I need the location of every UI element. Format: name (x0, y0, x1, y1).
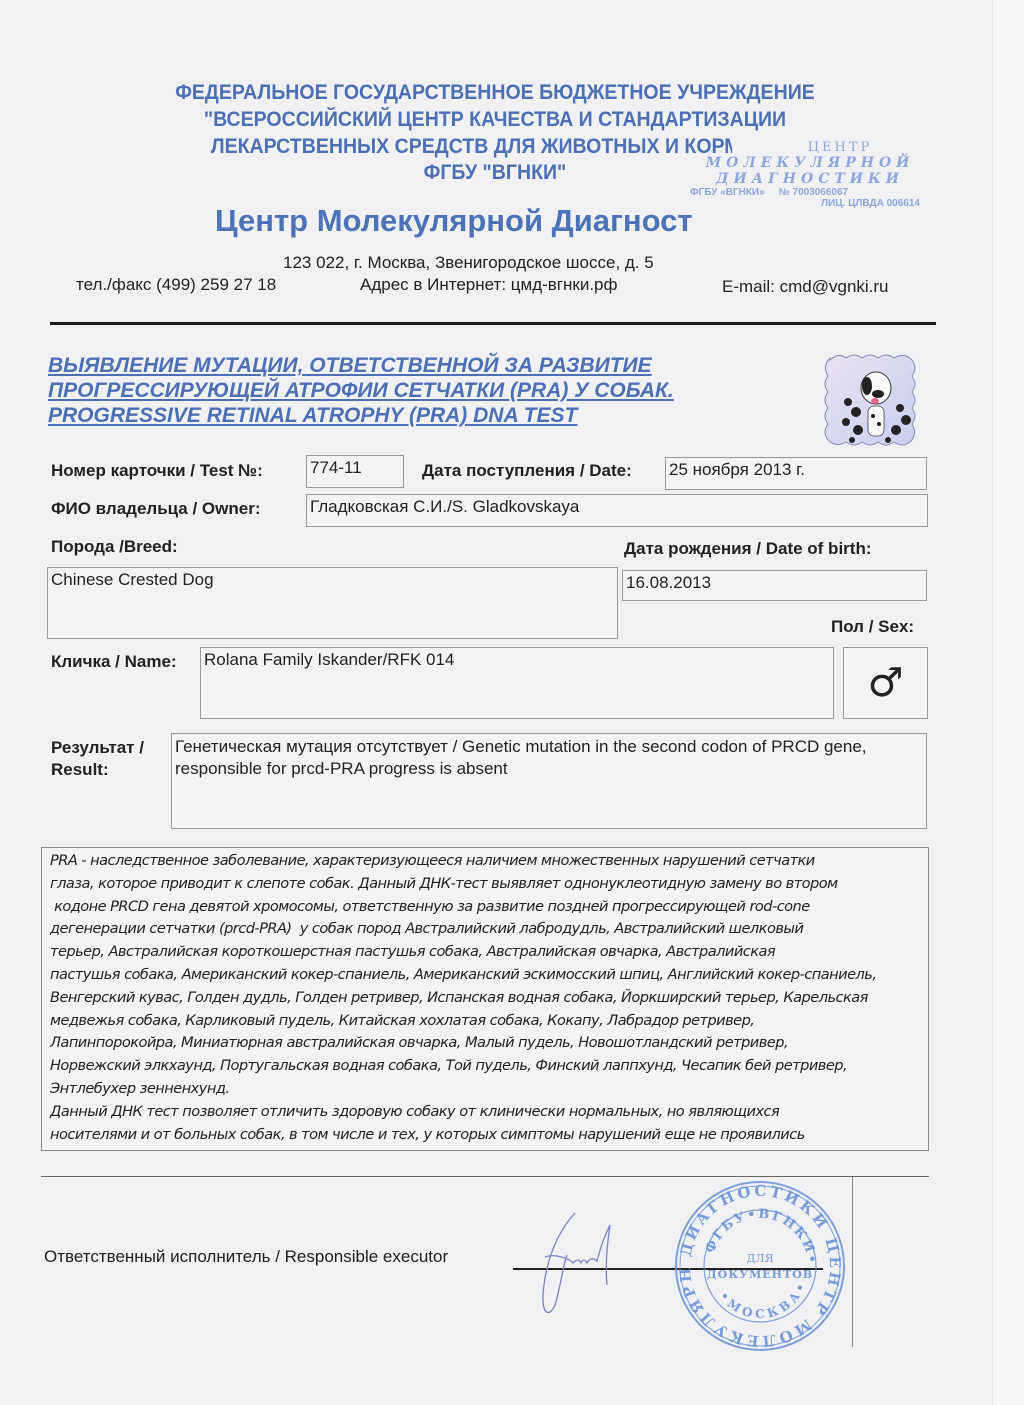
svg-text:ДЛЯ: ДЛЯ (746, 1252, 773, 1265)
test-number-label: Номер карточки / Test №: (51, 461, 263, 481)
male-sex-icon: ♂ (843, 647, 928, 719)
owner-label: ФИО владельца / Owner: (51, 499, 261, 519)
footer-vertical-rule (852, 1177, 853, 1347)
disease-info: PRA - наследственное заболевание, характ… (41, 847, 929, 1151)
footer-divider (41, 1176, 929, 1177)
name-field: Rolana Family Iskander/RFK 014 (200, 647, 834, 719)
owner-field: Гладковская С.И./S. Gladkovskaya (306, 494, 928, 527)
email: E-mail: cmd@vgnki.ru (722, 277, 889, 297)
org-header-line-1: ФЕДЕРАЛЬНОЕ ГОСУДАРСТВЕННОЕ БЮДЖЕТНОЕ УЧ… (90, 79, 899, 106)
result-label-ru: Результат / (51, 738, 144, 758)
date-received-field: 25 ноября 2013 г. (665, 457, 927, 490)
executor-label: Ответственный исполнитель / Responsible … (44, 1247, 448, 1267)
svg-text:ДОКУМЕНТОВ: ДОКУМЕНТОВ (707, 1268, 813, 1281)
address: 123 022, г. Москва, Звенигородское шоссе… (283, 253, 654, 273)
test-number-field: 774-11 (306, 455, 404, 488)
signature-icon (515, 1205, 635, 1325)
website: Адрес в Интернет: цмд-вгнки.рф (360, 275, 618, 295)
result-label-en: Result: (51, 760, 109, 780)
breed-label: Порода /Breed: (51, 537, 178, 557)
dalmatian-dog-icon (818, 350, 928, 455)
paper-edge (992, 0, 1024, 1405)
center-title: Центр Молекулярной Диагностики (215, 203, 692, 239)
org-header-line-2: "ВСЕРОССИЙСКИЙ ЦЕНТР КАЧЕСТВА И СТАНДАРТ… (90, 106, 899, 133)
date-received-label: Дата поступления / Date: (422, 461, 632, 481)
svg-text:•МОСКВА•: •МОСКВА• (717, 1278, 810, 1321)
phone: тел./факс (499) 259 27 18 (76, 275, 276, 295)
lab-stamp: ЦЕНТР МОЛЕКУЛЯРНОЙ ДИАГНОСТИКИ ФГБУ «ВГН… (690, 140, 930, 240)
sex-label: Пол / Sex: (831, 617, 914, 637)
breed-field: Chinese Crested Dog (47, 567, 618, 639)
name-label: Кличка / Name: (51, 652, 177, 672)
dob-field: 16.08.2013 (622, 570, 927, 601)
header-divider (50, 322, 936, 325)
test-title: ВЫЯВЛЕНИЕ МУТАЦИИ, ОТВЕТСТВЕННОЙ ЗА РАЗВ… (48, 353, 674, 428)
dob-label: Дата рождения / Date of birth: (624, 539, 872, 559)
round-seal-stamp: ДИАГНОСТИКИ ЦЕНТР МОЛЕКУЛЯРНОЙ ФГБУ•ВГНК… (672, 1178, 848, 1354)
result-field: Генетическая мутация отсутствует / Genet… (171, 733, 927, 829)
